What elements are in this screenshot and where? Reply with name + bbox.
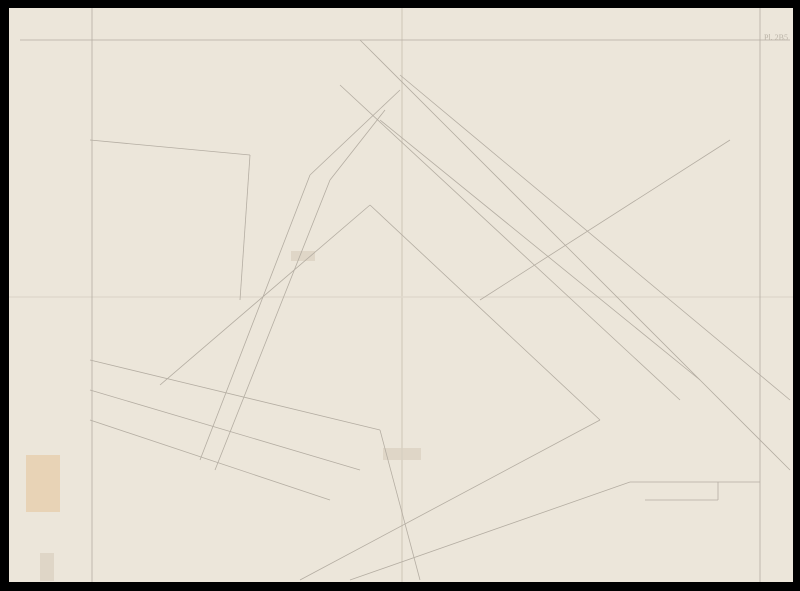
drawing-lines <box>0 0 800 591</box>
archive-annotation: Pl. 2B5 <box>764 33 788 42</box>
